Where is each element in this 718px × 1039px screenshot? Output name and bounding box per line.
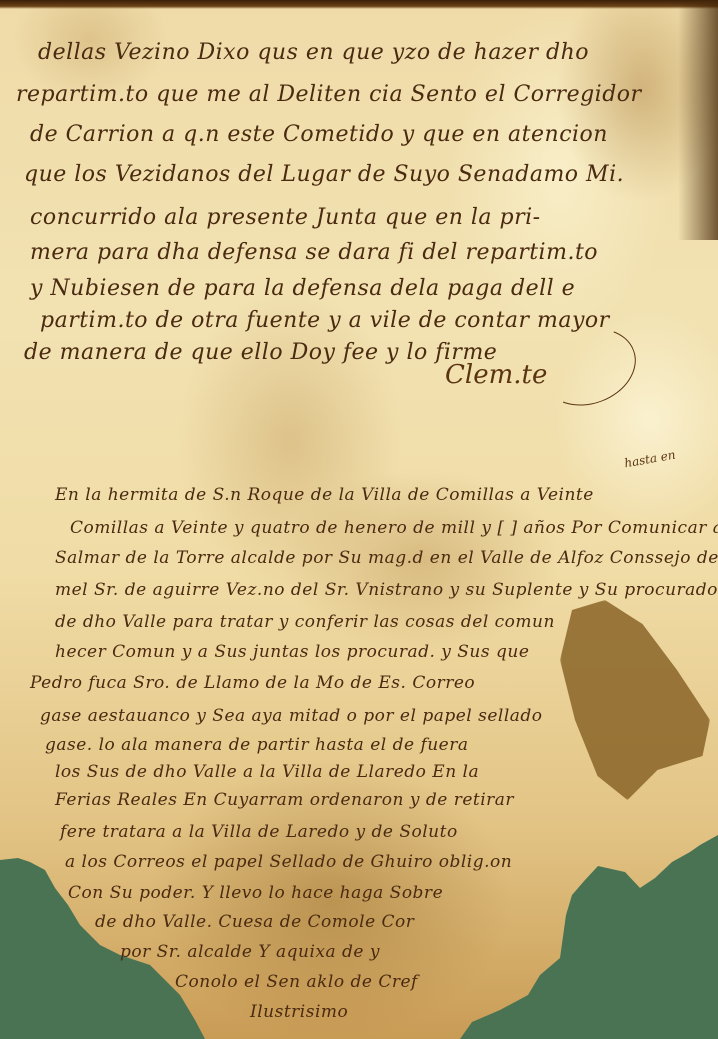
manuscript-line: Ilustrisimo (250, 1002, 348, 1022)
manuscript-line: gase aestauanco y Sea aya mitad o por el… (40, 706, 543, 726)
manuscript-line: Con Su poder. Y llevo lo hace haga Sobre (68, 883, 443, 903)
manuscript-line: hecer Comun y a Sus juntas los procurad.… (55, 642, 529, 662)
manuscript-line: concurrido ala presente Junta que en la … (30, 205, 541, 230)
manuscript-line: En la hermita de S.n Roque de la Villa d… (55, 485, 594, 505)
manuscript-line: Salmar de la Torre alcalde por Su mag.d … (55, 548, 718, 568)
manuscript-line: Ferias Reales En Cuyarram ordenaron y de… (55, 790, 514, 810)
manuscript-line: por Sr. alcalde Y aquixa de y (120, 942, 380, 962)
manuscript-line: de manera de que ello Doy fee y lo firme (24, 340, 497, 365)
manuscript-line: los Sus de dho Valle a la Villa de Llare… (55, 762, 479, 782)
manuscript-line: repartim.to que me al Deliten cia Sento … (16, 82, 642, 107)
page-right-edge-shadow (678, 0, 718, 240)
manuscript-line: a los Correos el papel Sellado de Ghuiro… (65, 852, 512, 872)
manuscript-line: Pedro fuca Sro. de Llamo de la Mo de Es.… (30, 673, 475, 693)
manuscript-line: que los Vezidanos del Lugar de Suyo Sena… (24, 162, 624, 187)
manuscript-line: de dho Valle para tratar y conferir las … (55, 612, 555, 632)
page-top-edge-shadow (0, 0, 718, 9)
manuscript-line: gase. lo ala manera de partir hasta el d… (45, 735, 469, 755)
manuscript-line: dellas Vezino Dixo qus en que yzo de haz… (38, 40, 589, 65)
signature: Clem.te (445, 360, 547, 390)
manuscript-line: partim.to de otra fuente y a vile de con… (40, 308, 610, 333)
manuscript-line: mel Sr. de aguirre Vez.no del Sr. Vnistr… (55, 580, 718, 600)
manuscript-line: de Carrion a q.n este Cometido y que en … (30, 122, 608, 147)
manuscript-line: de dho Valle. Cuesa de Comole Cor (95, 912, 414, 932)
manuscript-line: Comillas a Veinte y quatro de henero de … (70, 518, 718, 538)
manuscript-line: y Nubiesen de para la defensa dela paga … (30, 276, 575, 301)
manuscript-line: mera para dha defensa se dara fi del rep… (30, 240, 598, 265)
manuscript-line: Conolo el Sen aklo de Cref (175, 972, 418, 992)
manuscript-line: fere tratara a la Villa de Laredo y de S… (60, 822, 458, 842)
